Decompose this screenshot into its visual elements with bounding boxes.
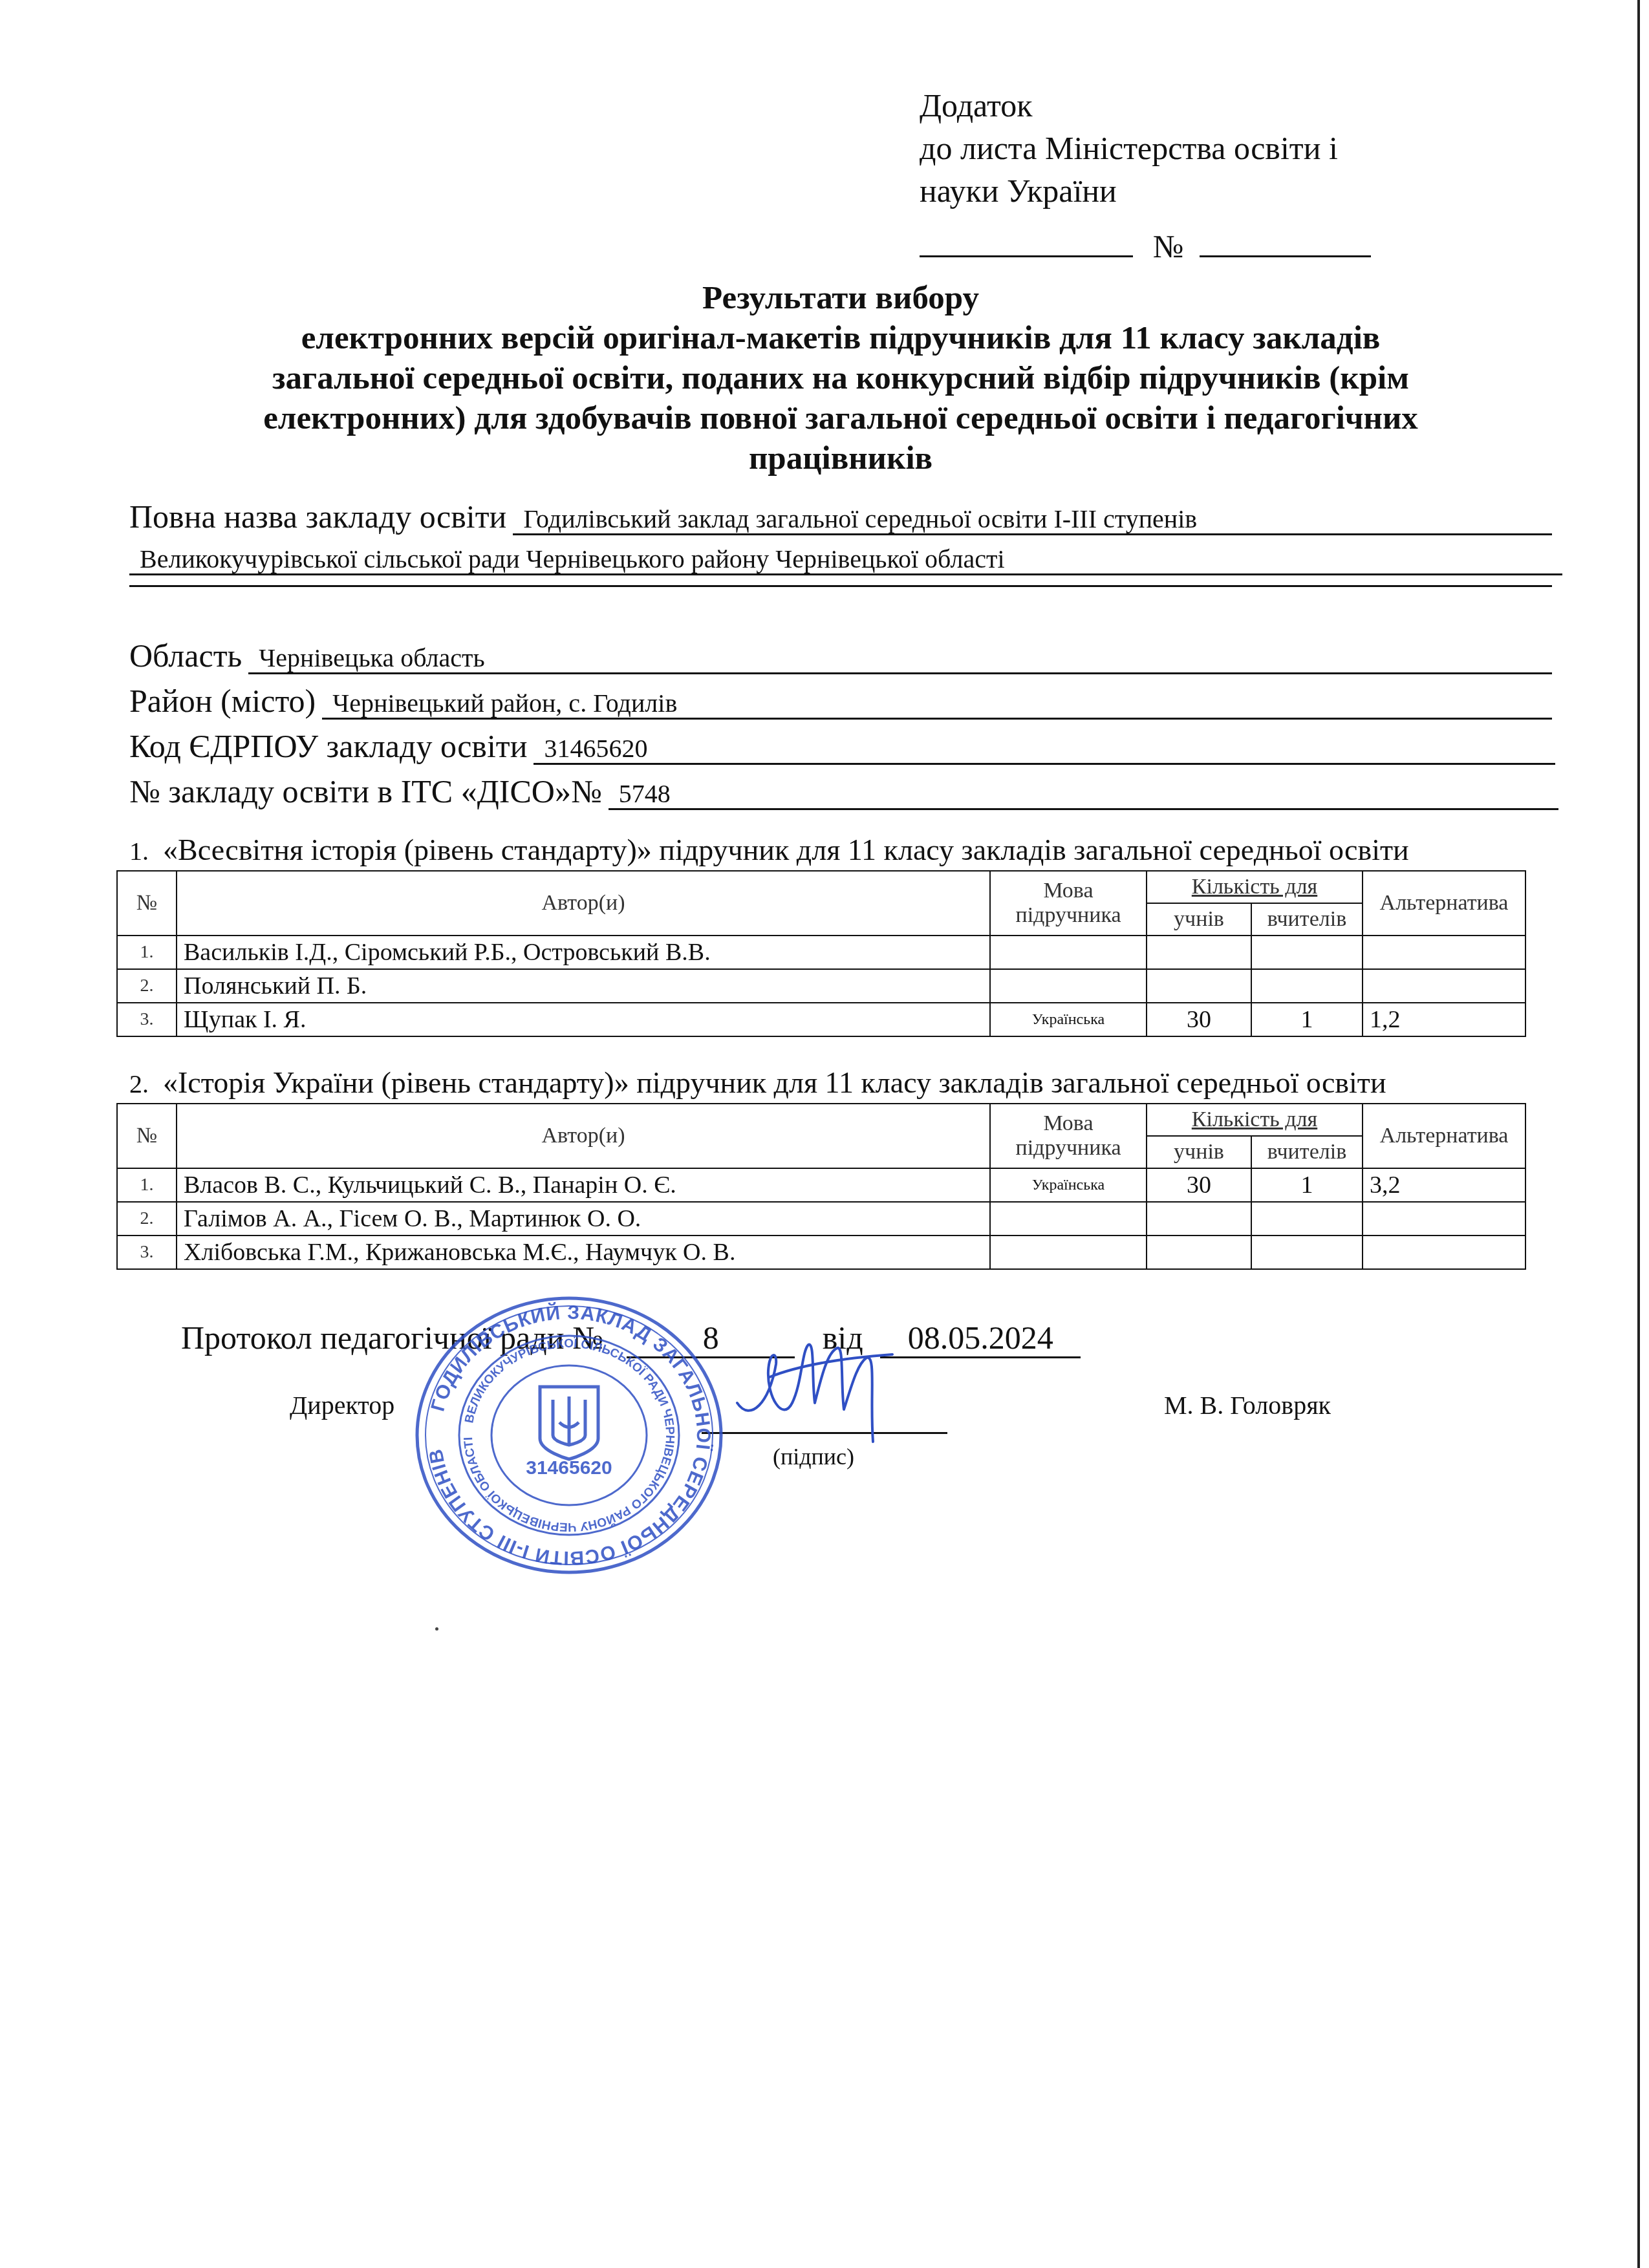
header-authors: Автор(и): [177, 1104, 990, 1168]
edrpou-value: 31465620: [533, 734, 1555, 765]
itc-label: № закладу освіти в ІТС «ДІСО»№: [129, 773, 609, 810]
header-students: учнів: [1147, 903, 1251, 936]
document-title: Результати вибору електронних версій ори…: [129, 278, 1552, 478]
full-name-value-line-2: Великокучурівської сільської ради Чернів…: [129, 545, 1562, 575]
header-quantity: Кількість для: [1147, 871, 1363, 903]
scan-speck: [435, 1627, 438, 1631]
region-field: Область Чернівецька область: [129, 637, 1552, 674]
registration-line: №: [920, 228, 1371, 265]
title-line-4: електронних) для здобувачів повної загал…: [129, 398, 1552, 438]
scan-edge-line: [1637, 0, 1640, 2268]
section-1-text: «Всесвітня історія (рівень стандарту)» п…: [163, 833, 1409, 866]
district-field: Район (місто) Чернівецький район, с. Год…: [129, 682, 1552, 720]
number-sign: №: [1153, 228, 1184, 264]
header-language: Мовапідручника: [990, 871, 1147, 936]
header-no: №: [117, 1104, 177, 1168]
itc-field: № закладу освіти в ІТС «ДІСО»№ 5748: [129, 773, 1558, 810]
title-line-5: працівників: [129, 438, 1552, 478]
full-name-label: Повна назва закладу освіти: [129, 498, 513, 535]
section-1-number: 1.: [129, 837, 149, 866]
director-label: Директор: [290, 1390, 394, 1420]
section-1-table: № Автор(и) Мовапідручника Кількість для …: [116, 870, 1526, 1037]
district-label: Район (місто): [129, 682, 322, 720]
header-alternative: Альтернатива: [1363, 1104, 1525, 1168]
addendum-line-3: науки України: [920, 169, 1338, 212]
section-2-table: № Автор(и) Мовапідручника Кількість для …: [116, 1103, 1526, 1270]
title-line-3: загальної середньої освіти, поданих на к…: [129, 358, 1552, 398]
title-line-1: Результати вибору: [129, 278, 1552, 318]
section-1-title: 1.«Всесвітня історія (рівень стандарту)»…: [129, 833, 1409, 867]
section-2-title: 2.«Історія України (рівень стандарту)» п…: [129, 1065, 1386, 1100]
number-blank: [1200, 230, 1371, 257]
addendum-line-1: Додаток: [920, 84, 1338, 127]
header-language: Мовапідручника: [990, 1104, 1147, 1168]
full-name-field: Повна назва закладу освіти Годилівський …: [129, 498, 1552, 535]
blank-underline: [129, 585, 1552, 587]
header-teachers: вчителів: [1251, 1136, 1363, 1168]
header-teachers: вчителів: [1251, 903, 1363, 936]
header-alternative: Альтернатива: [1363, 871, 1525, 936]
director-name: М. В. Головряк: [1164, 1390, 1331, 1420]
handwritten-signature: [731, 1325, 899, 1448]
edrpou-label: Код ЄДРПОУ закладу освіти: [129, 727, 533, 765]
table-row: 2. Полянський П. Б.: [117, 969, 1525, 1003]
itc-value: 5748: [609, 780, 1558, 810]
table-row: 3. Хлібовська Г.М., Крижановська М.Є., Н…: [117, 1236, 1525, 1269]
full-name-value: Годилівський заклад загальної середньої …: [513, 505, 1552, 535]
official-stamp: ГОДИЛІВСЬКИЙ ЗАКЛАД ЗАГАЛЬНОЇ СЕРЕДНЬОЇ …: [401, 1290, 737, 1581]
header-quantity: Кількість для: [1147, 1104, 1363, 1136]
trident-emblem-icon: [540, 1387, 598, 1459]
date-blank: [920, 230, 1133, 257]
protocol-date: 08.05.2024: [880, 1319, 1081, 1358]
table-row: 3. Щупак І. Я. Українська 30 1 1,2: [117, 1003, 1525, 1036]
addendum-line-2: до листа Міністерства освіти і: [920, 127, 1338, 169]
addendum-block: Додаток до листа Міністерства освіти і н…: [920, 84, 1338, 212]
section-2-number: 2.: [129, 1069, 149, 1098]
edrpou-field: Код ЄДРПОУ закладу освіти 31465620: [129, 727, 1555, 765]
table-row: 1. Васильків І.Д., Сіромський Р.Б., Остр…: [117, 936, 1525, 969]
region-label: Область: [129, 637, 248, 674]
header-students: учнів: [1147, 1136, 1251, 1168]
table-row: 2. Галімов А. А., Гісем О. В., Мартинюк …: [117, 1202, 1525, 1236]
header-no: №: [117, 871, 177, 936]
region-value: Чернівецька область: [248, 644, 1552, 674]
title-line-2: електронних версій оригінал-макетів підр…: [129, 318, 1552, 358]
district-value: Чернівецький район, с. Годилів: [322, 689, 1552, 720]
header-authors: Автор(и): [177, 871, 990, 936]
table-row: 1. Власов В. С., Кульчицький С. В., Пана…: [117, 1168, 1525, 1202]
section-2-text: «Історія України (рівень стандарту)» під…: [163, 1066, 1386, 1099]
